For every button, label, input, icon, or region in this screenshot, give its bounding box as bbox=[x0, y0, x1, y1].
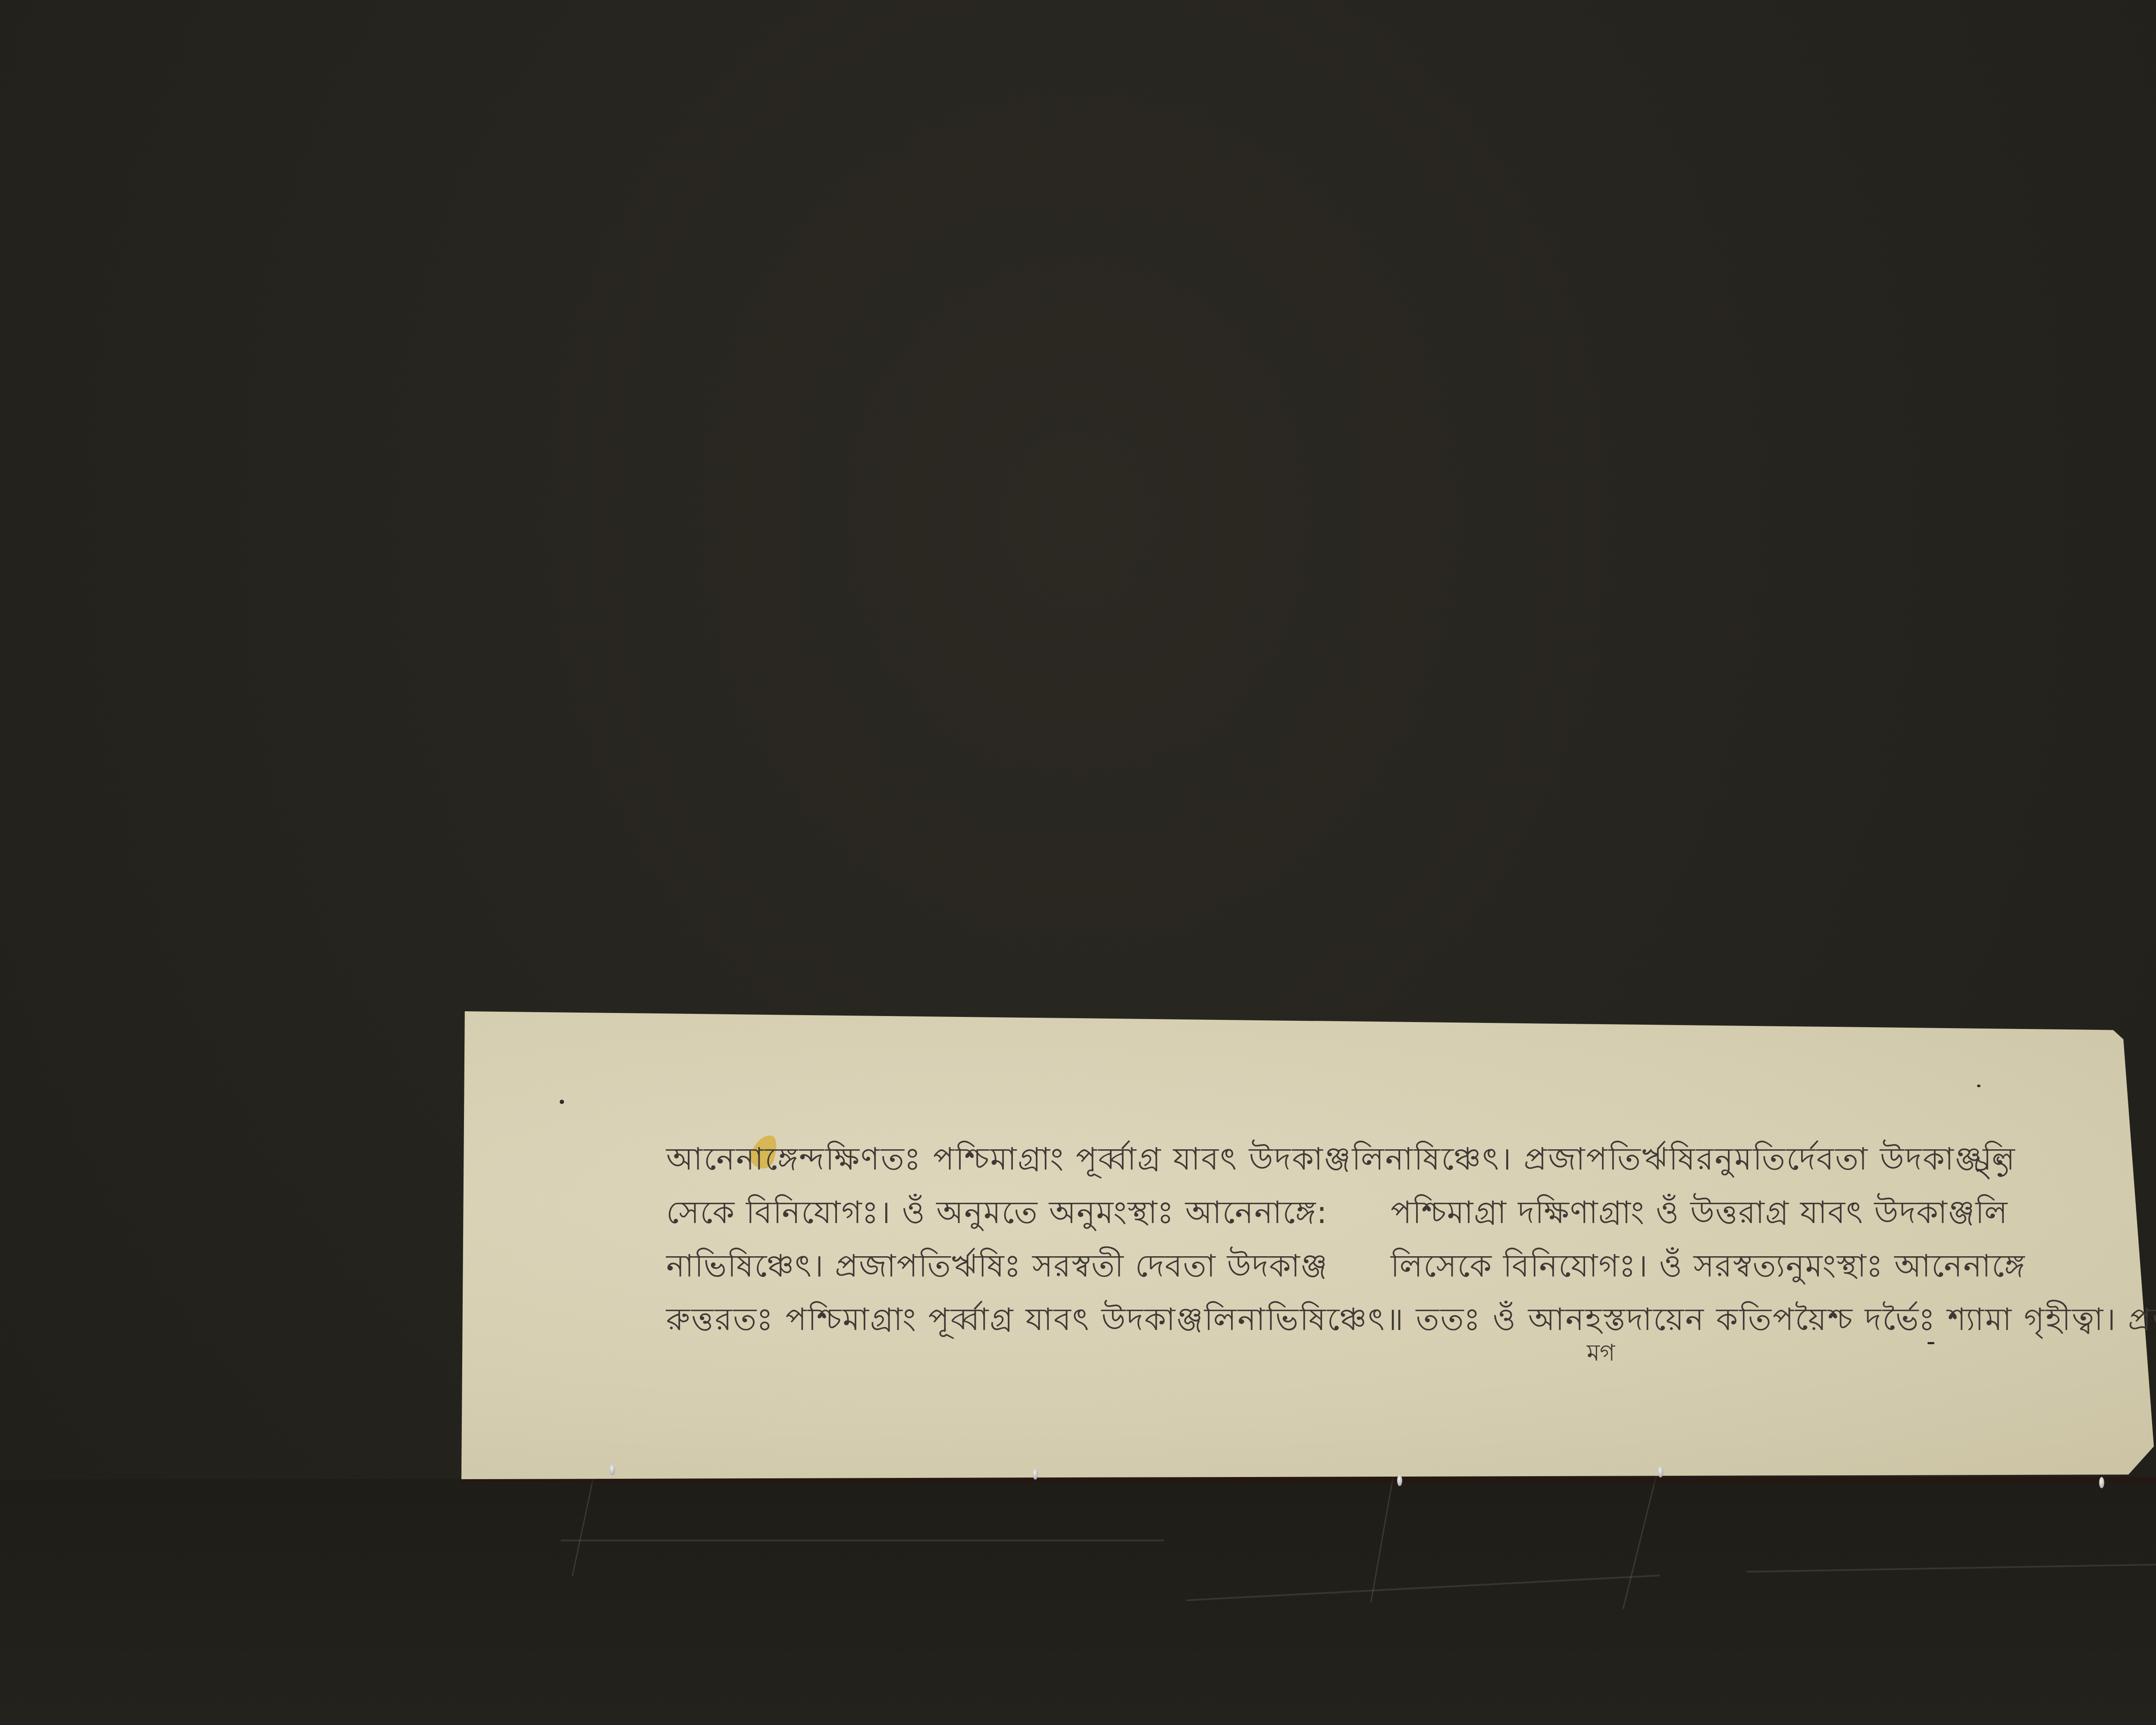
text-line-3: নাভিষিঞ্চেৎ। প্রজাপতির্ঋষিঃ সরস্বতী দেবত… bbox=[666, 1239, 1960, 1292]
board-fabric-seam bbox=[561, 1540, 1164, 1541]
text-line-2-left: সেকে বিনিযোগঃ। ওঁ অনুমতে অনুমংস্থাঃ আনেন… bbox=[666, 1186, 1328, 1239]
marginal-correction: মগ bbox=[1587, 1335, 1615, 1374]
mounting-pin bbox=[2099, 1477, 2104, 1488]
text-line-4-content: রুত্তরতঃ পশ্চিমাগ্রাং পূর্ব্বাগ্র যাবৎ উ… bbox=[666, 1292, 2156, 1346]
text-line-3-right: লিসেকে বিনিযোগঃ। ওঁ সরস্বত্যনুমংস্থাঃ আন… bbox=[1391, 1239, 2026, 1292]
mounting-pin bbox=[1658, 1466, 1663, 1477]
mounting-pin bbox=[1397, 1475, 1402, 1486]
text-line-2: সেকে বিনিযোগঃ। ওঁ অনুমতে অনুমংস্থাঃ আনেন… bbox=[666, 1186, 1960, 1239]
manuscript-text-block: আনেনাঙ্গেন্দক্ষিণতঃ পশ্চিমাগ্রাং পূর্ব্ব… bbox=[666, 1132, 1960, 1346]
ink-speck bbox=[560, 1100, 564, 1104]
text-line-2-right: পশ্চিমাগ্রা দক্ষিণাগ্রাং ওঁ উত্তরাগ্র যা… bbox=[1391, 1186, 2008, 1239]
text-line-4: রুত্তরতঃ পশ্চিমাগ্রাং পূর্ব্বাগ্র যাবৎ উ… bbox=[666, 1292, 1960, 1346]
folio-number: ২১ bbox=[1973, 1143, 2012, 1193]
ink-speck bbox=[1977, 1085, 1981, 1087]
mounting-pin bbox=[610, 1464, 615, 1475]
text-line-3-left: নাভিষিঞ্চেৎ। প্রজাপতির্ঋষিঃ সরস্বতী দেবত… bbox=[666, 1239, 1328, 1292]
text-line-1-content: আনেনাঙ্গেন্দক্ষিণতঃ পশ্চিমাগ্রাং পূর্ব্ব… bbox=[666, 1132, 2016, 1186]
text-line-1: আনেনাঙ্গেন্দক্ষিণতঃ পশ্চিমাগ্রাং পূর্ব্ব… bbox=[666, 1132, 1960, 1186]
display-board-lower-panel bbox=[0, 1479, 2156, 1725]
mounting-pin bbox=[1033, 1468, 1038, 1480]
